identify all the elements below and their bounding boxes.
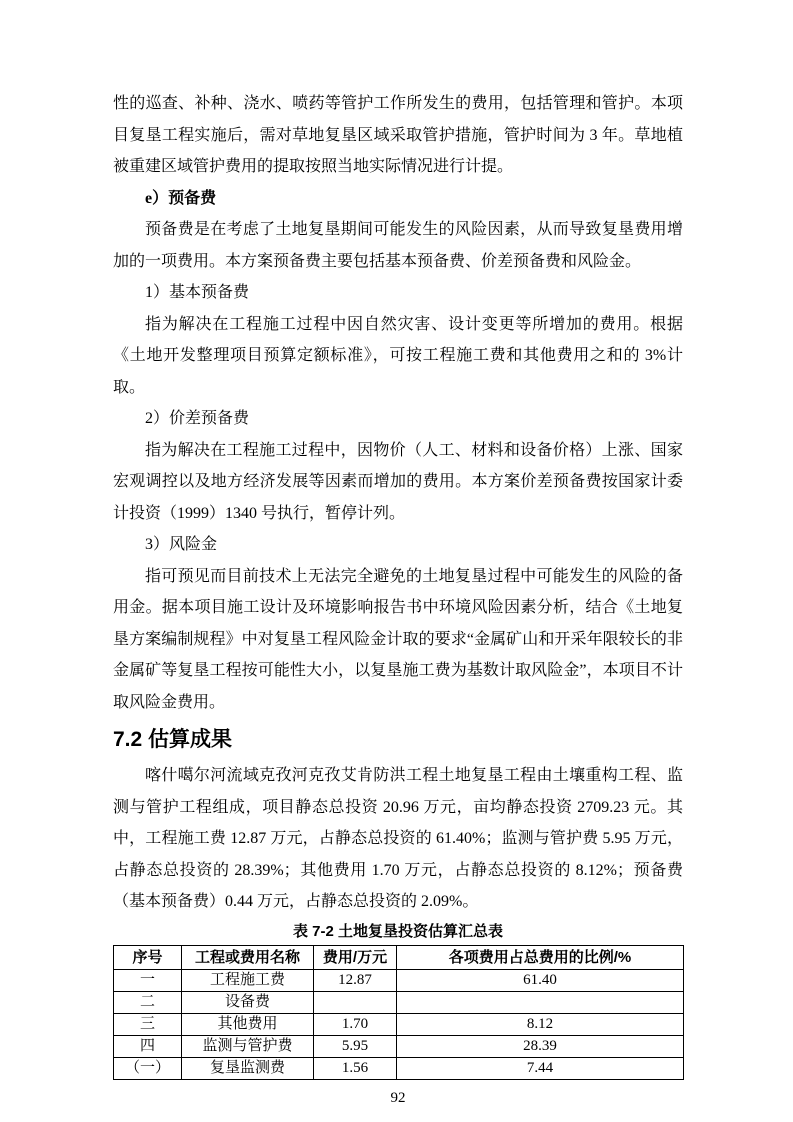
table-cell-name: 监测与管护费 [182,1035,314,1057]
table-row-equipment: 二 设备费 [114,991,684,1013]
table-cell-name: 工程施工费 [182,969,314,991]
document-page: 性的巡查、补种、浇水、喷药等管护工作所发生的费用，包括管理和管护。本项目复垦工程… [113,0,683,1107]
table-cell-ratio: 28.39 [397,1035,684,1057]
subheading-reserve-fee: e）预备费 [113,183,683,215]
list-item-price-reserve: 2）价差预备费 [113,403,683,435]
table-row-other: 三 其他费用 1.70 8.12 [114,1013,684,1035]
table-cell-cost [314,991,397,1013]
section-heading-estimate-results: 7.2 估算成果 [113,723,683,757]
table-cell-seq: 三 [114,1013,182,1035]
table-row-reclamation-monitoring: （一） 复垦监测费 1.56 7.44 [114,1057,684,1079]
paragraph-estimate-results: 喀什噶尔河流域克孜河克孜艾肯防洪工程土地复垦工程由土壤重构工程、监测与管护工程组… [113,760,683,918]
table-cell-seq: 一 [114,969,182,991]
paragraph-price-reserve: 指为解决在工程施工过程中，因物价（人工、材料和设备价格）上涨、国家宏观调控以及地… [113,435,683,530]
list-item-risk-fund: 3）风险金 [113,529,683,561]
table-cell-ratio [397,991,684,1013]
list-item-basic-reserve: 1）基本预备费 [113,277,683,309]
table-cell-name: 设备费 [182,991,314,1013]
table-cell-ratio: 7.44 [397,1057,684,1079]
page-number: 92 [113,1089,683,1107]
table-row-construction: 一 工程施工费 12.87 61.40 [114,969,684,991]
table-cell-seq: 四 [114,1035,182,1057]
investment-summary-table: 序号 工程或费用名称 费用/万元 各项费用占总费用的比例/% 一 工程施工费 1… [113,945,684,1080]
table-cell-cost: 1.70 [314,1013,397,1035]
table-cell-cost: 5.95 [314,1035,397,1057]
table-header-cost: 费用/万元 [314,945,397,969]
table-cell-ratio: 8.12 [397,1013,684,1035]
table-caption: 表 7-2 土地复垦投资估算汇总表 [113,921,683,943]
table-cell-name: 复垦监测费 [182,1057,314,1079]
table-header-seq: 序号 [114,945,182,969]
table-header-item-name: 工程或费用名称 [182,945,314,969]
table-cell-seq: 二 [114,991,182,1013]
table-header-row: 序号 工程或费用名称 费用/万元 各项费用占总费用的比例/% [114,945,684,969]
table-cell-ratio: 61.40 [397,969,684,991]
table-cell-cost: 12.87 [314,969,397,991]
paragraph-risk-fund: 指可预见而目前技术上无法完全避免的土地复垦过程中可能发生的风险的备用金。据本项目… [113,561,683,719]
paragraph-management-cost-continuation: 性的巡查、补种、浇水、喷药等管护工作所发生的费用，包括管理和管护。本项目复垦工程… [113,88,683,183]
table-header-ratio: 各项费用占总费用的比例/% [397,945,684,969]
table-cell-seq: （一） [114,1057,182,1079]
paragraph-basic-reserve: 指为解决在工程施工过程中因自然灾害、设计变更等所增加的费用。根据《土地开发整理项… [113,309,683,404]
table-cell-name: 其他费用 [182,1013,314,1035]
table-row-monitoring-management: 四 监测与管护费 5.95 28.39 [114,1035,684,1057]
table-cell-cost: 1.56 [314,1057,397,1079]
paragraph-reserve-intro: 预备费是在考虑了土地复垦期间可能发生的风险因素，从而导致复垦费用增加的一项费用。… [113,214,683,277]
